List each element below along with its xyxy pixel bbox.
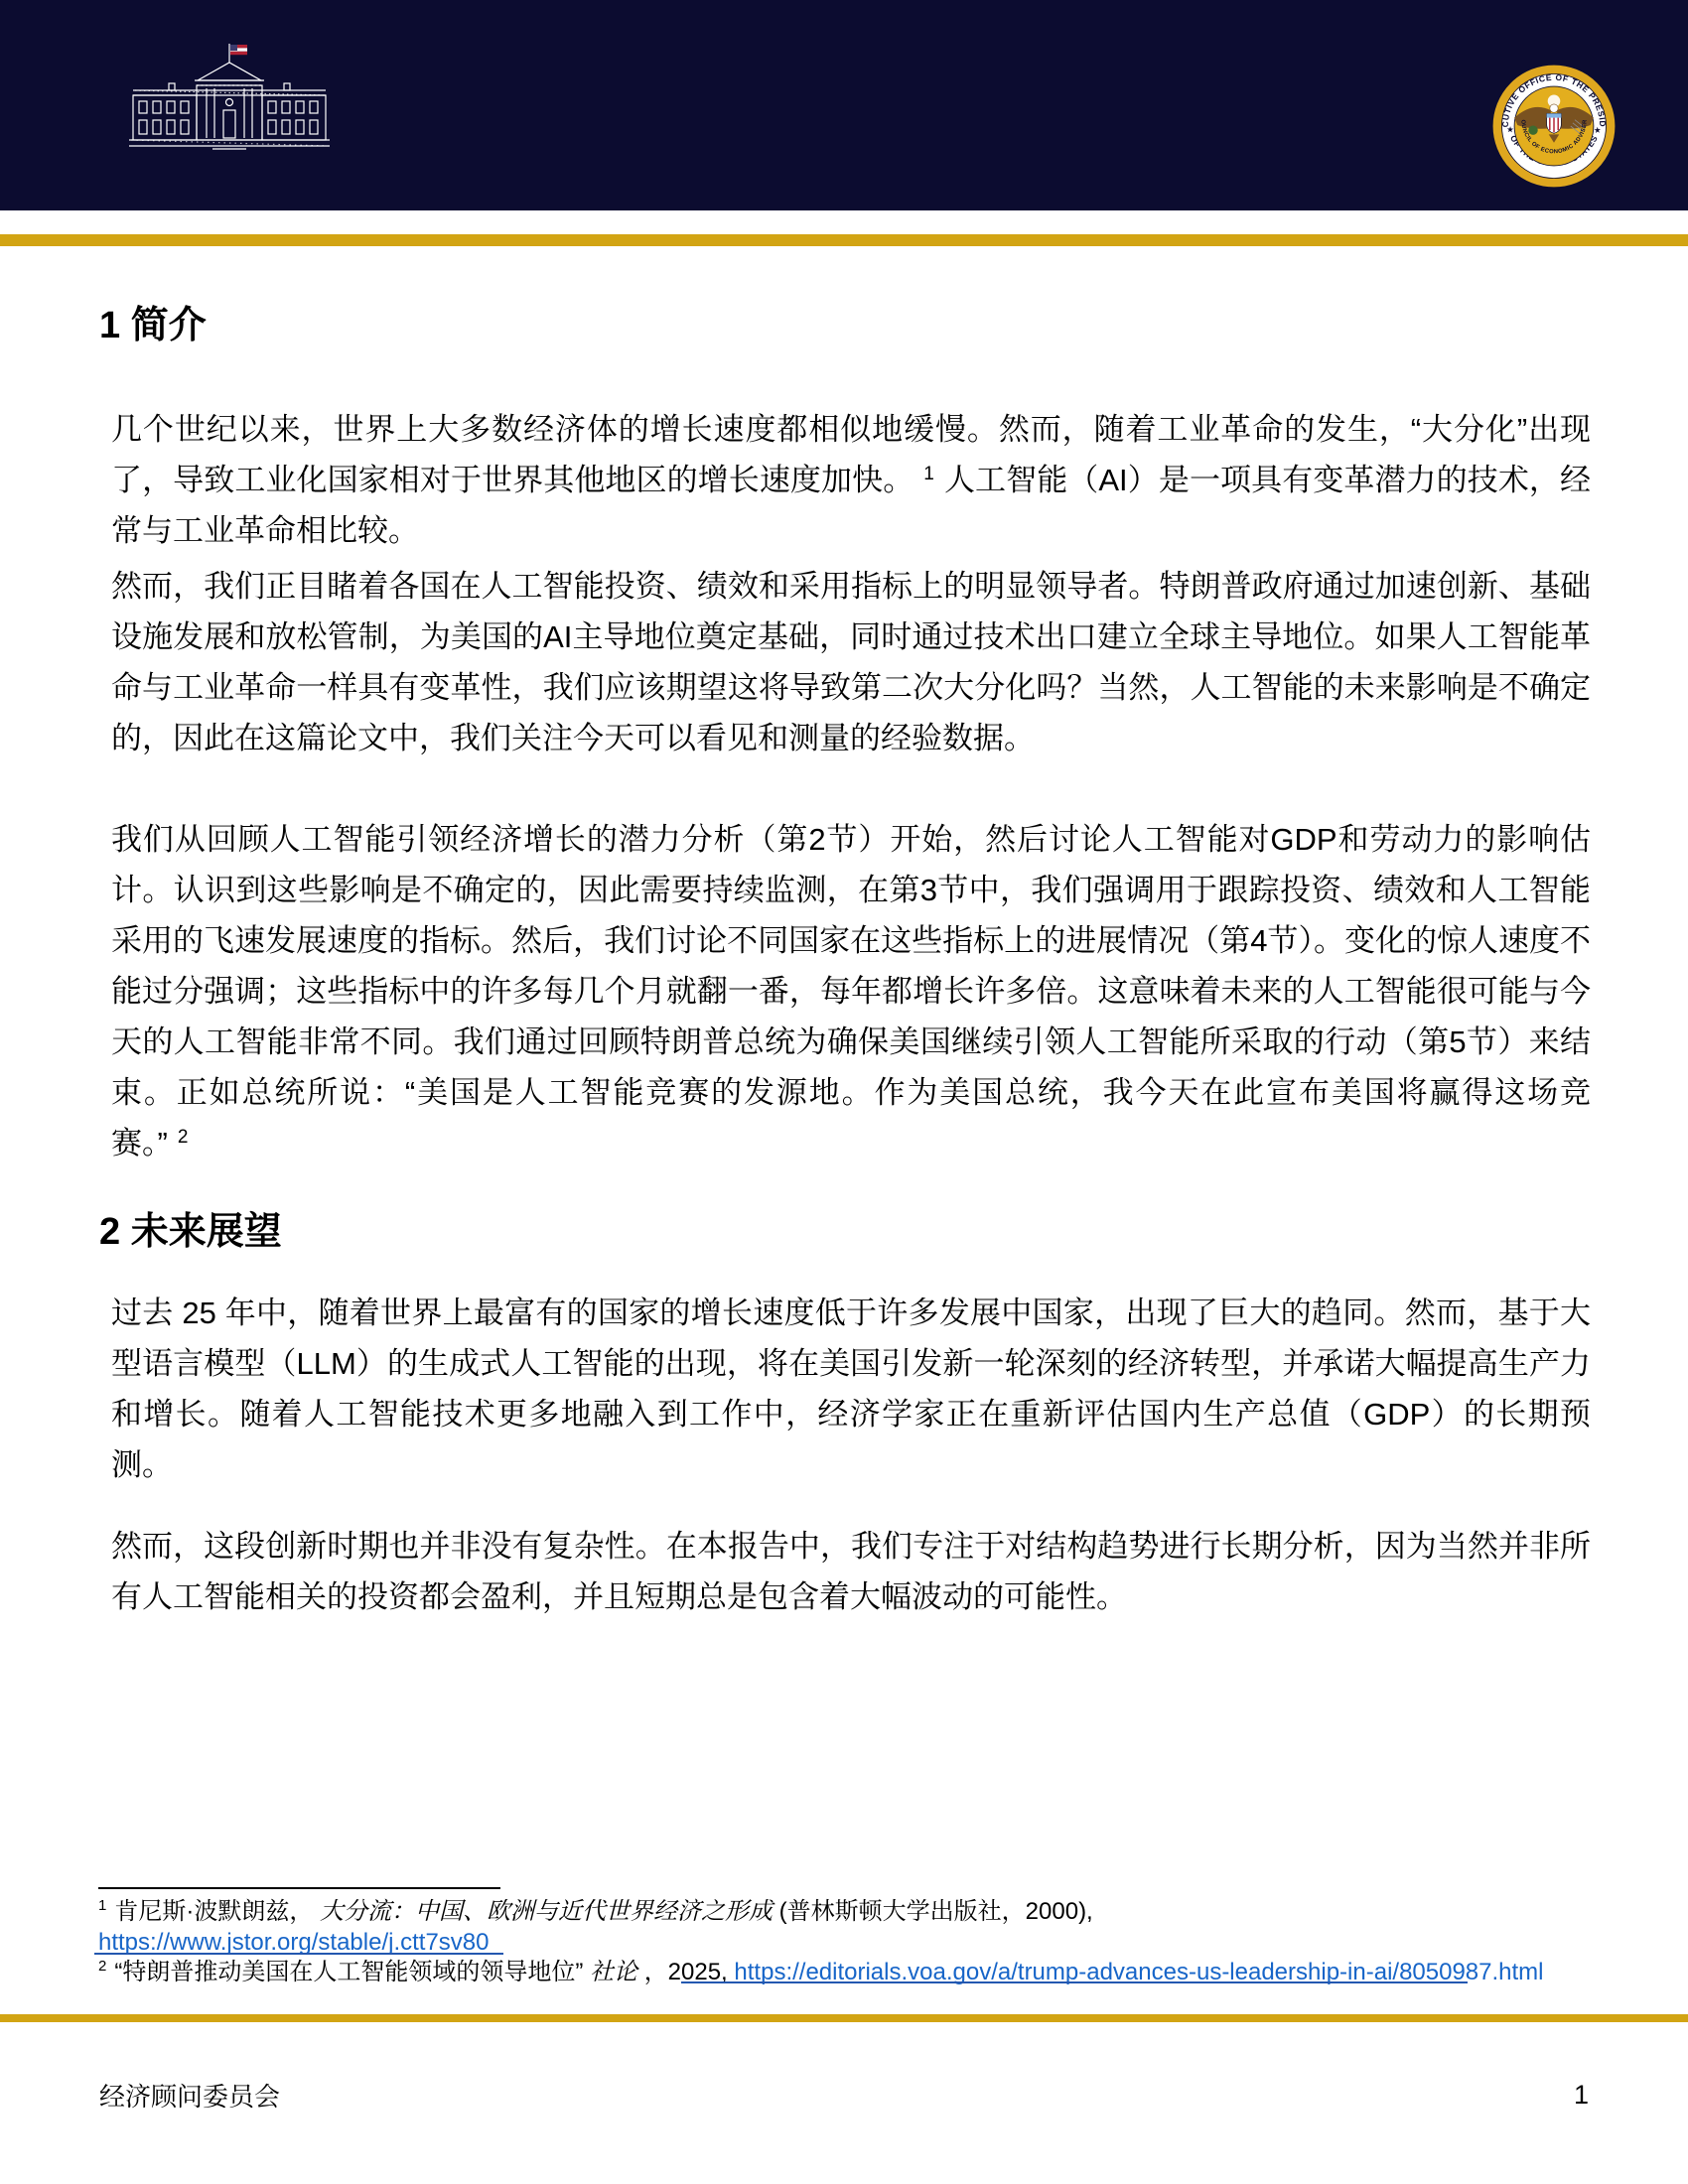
footer-organization: 经济顾问委员会 bbox=[99, 2081, 280, 2113]
footnote-1-link[interactable]: https://www.jstor.org/stable/j.ctt7sv80 bbox=[98, 1929, 490, 1956]
footnote-ref-1[interactable]: 1 bbox=[923, 464, 934, 484]
footnote-1-marker: 1 bbox=[98, 1897, 106, 1914]
outlook-paragraph-1: 过去 25 年中，随着世界上最富有的国家的增长速度低于许多发展中国家，出现了巨大… bbox=[111, 1288, 1591, 1490]
section-1-heading: 1 简介 bbox=[99, 302, 207, 349]
footnote-2-source: 社论 bbox=[590, 1959, 637, 1985]
footnote-2-marker: 2 bbox=[98, 1958, 106, 1975]
intro-paragraph-1: 几个世纪以来，世界上大多数经济体的增长速度都相似地缓慢。然而，随着工业革命的发生… bbox=[111, 404, 1591, 556]
footnote-1: 1肯尼斯·波默朗兹， 大分流：中国、欧洲与近代世界经济之形成 (普林斯顿大学出版… bbox=[98, 1896, 1588, 1958]
outlook-paragraph-2: 然而，这段创新时期也并非没有复杂性。在本报告中，我们专注于对结构趋势进行长期分析… bbox=[111, 1521, 1591, 1622]
gold-divider-bottom bbox=[0, 2014, 1688, 2022]
footnote-2-link-underline bbox=[681, 1981, 1468, 1983]
page-number: 1 bbox=[1574, 2079, 1589, 2111]
section-2-heading: 2 未来展望 bbox=[99, 1208, 282, 1256]
white-house-icon bbox=[105, 40, 353, 173]
footnote-1-link-underline bbox=[94, 1953, 503, 1955]
intro-paragraph-2: 然而，我们正目睹着各国在人工智能投资、绩效和采用指标上的明显领导者。特朗普政府通… bbox=[111, 561, 1591, 763]
footnote-2-quote: “特朗普推动美国在人工智能领域的领导地位” bbox=[114, 1959, 590, 1985]
footnote-separator bbox=[98, 1887, 500, 1889]
footnote-1-author: 肯尼斯·波默朗兹， bbox=[114, 1898, 320, 1925]
eop-seal-icon: EXECUTIVE OFFICE OF THE PRESIDENT ★ OF T… bbox=[1491, 64, 1617, 189]
intro-p3-text: 我们从回顾人工智能引领经济增长的潜力分析（第2节）开始，然后讨论人工智能对GDP… bbox=[111, 822, 1591, 1160]
gold-divider-top bbox=[0, 234, 1688, 246]
intro-paragraph-3: 我们从回顾人工智能引领经济增长的潜力分析（第2节）开始，然后讨论人工智能对GDP… bbox=[111, 814, 1591, 1168]
footnote-1-publisher: (普林斯顿大学出版社，2000), bbox=[773, 1898, 1093, 1925]
footnote-1-book-title: 大分流：中国、欧洲与近代世界经济之形成 bbox=[320, 1898, 773, 1925]
document-page: EXECUTIVE OFFICE OF THE PRESIDENT ★ OF T… bbox=[0, 0, 1688, 2184]
footnote-ref-2[interactable]: 2 bbox=[178, 1127, 189, 1148]
footnote-1-line-1: 1肯尼斯·波默朗兹， 大分流：中国、欧洲与近代世界经济之形成 (普林斯顿大学出版… bbox=[98, 1896, 1588, 1927]
